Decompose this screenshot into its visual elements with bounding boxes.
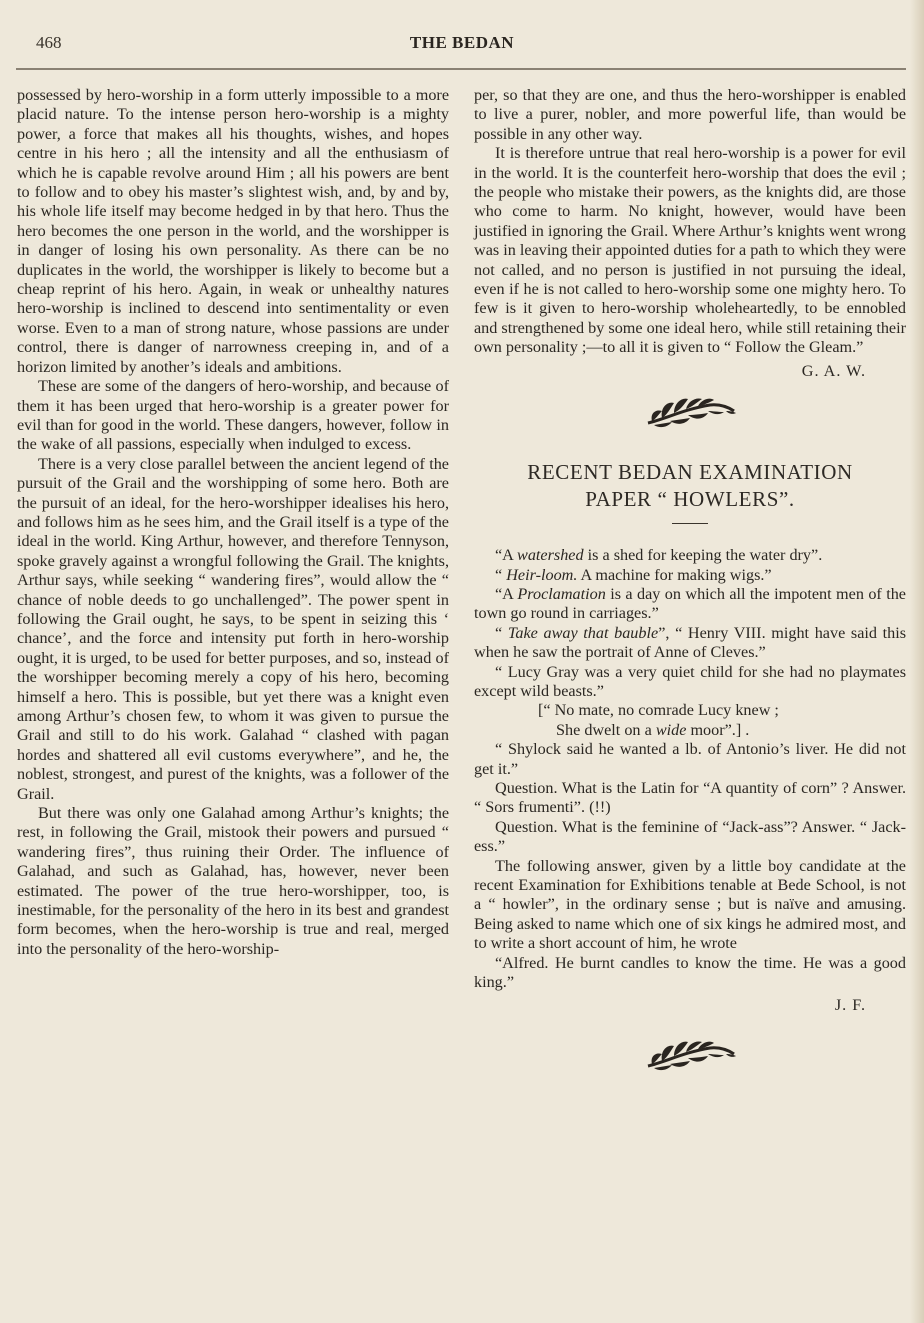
article-title-line-2: PAPER “ HOWLERS”. [585,487,795,511]
article-title: RECENT BEDAN EXAMINATION PAPER “ HOWLERS… [474,459,906,513]
article-title-line-1: RECENT BEDAN EXAMINATION [527,460,853,484]
howler-jackass: Question. What is the feminine of “Jack-… [474,818,906,857]
signature-gaw: G. A. W. [474,362,906,381]
verse-line-2: She dwelt on a wide moor”.] . [474,721,906,740]
left-column: possessed by hero-worship in a form utte… [17,86,449,959]
paragraph: There is a very close parallel between t… [17,455,449,804]
howler-heirloom: “ Heir-loom. A machine for making wigs.” [474,566,906,585]
paragraph: per, so that they are one, and thus the … [474,86,906,144]
header-rule [16,68,906,70]
howler-shylock: “ Shylock said he wanted a lb. of Antoni… [474,740,906,779]
title-rule [672,523,708,524]
signature-jf: J. F. [474,996,906,1015]
leaf-ornament-icon [640,1034,740,1074]
running-header: 468 THE BEDAN [0,33,924,63]
leaf-ornament-icon [640,391,740,431]
right-column: per, so that they are one, and thus the … [474,86,906,1074]
howler-proclamation: “A Proclamation is a day on which all th… [474,585,906,624]
howler-bauble: “ Take away that bauble”, “ Henry VIII. … [474,624,906,663]
closing-paragraph: The following answer, given by a little … [474,857,906,954]
howler-watershed: “A watershed is a shed for keeping the w… [474,546,906,565]
howler-lucy-gray: “ Lucy Gray was a very quiet child for s… [474,663,906,702]
paragraph: But there was only one Galahad among Art… [17,804,449,959]
paragraph: possessed by hero-worship in a form utte… [17,86,449,377]
magazine-page: 468 THE BEDAN possessed by hero-worship … [0,0,924,1323]
howler-alfred: “Alfred. He burnt candles to know the ti… [474,954,906,993]
journal-title: THE BEDAN [0,33,924,53]
paragraph: It is therefore untrue that real hero-wo… [474,144,906,357]
howler-latin: Question. What is the Latin for “A quant… [474,779,906,818]
verse-line-1: [“ No mate, no comrade Lucy knew ; [474,701,906,720]
paragraph: These are some of the dangers of hero-wo… [17,377,449,455]
